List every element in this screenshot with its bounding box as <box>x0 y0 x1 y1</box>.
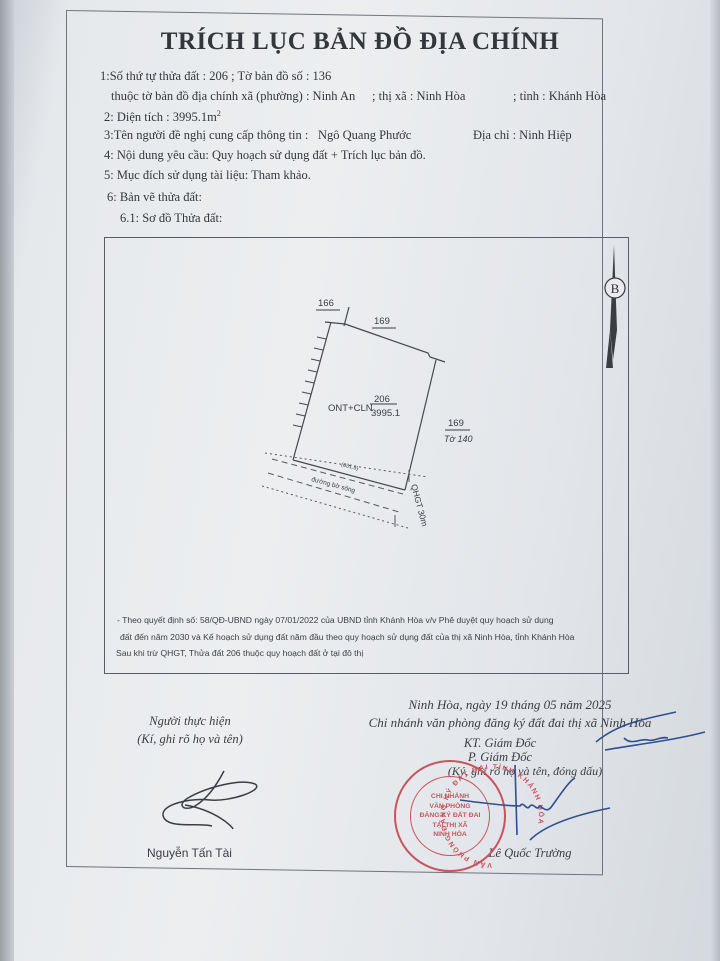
road-name-label: đường bờ sông <box>310 476 356 495</box>
parcel-number-label: 206 <box>374 394 390 405</box>
official-seal: CHI NHÁNH VĂN PHÒNG ĐĂNG KÝ ĐẤT ĐAI TẠI … <box>394 760 506 872</box>
issuing-office: Chi nhánh văn phòng đăng ký đất đai thị … <box>340 715 680 731</box>
north-label: B <box>611 281 620 296</box>
neighbor-169-right-label: 169 <box>448 418 464 429</box>
parcel-left-edge-hatch <box>293 337 326 427</box>
parcel-206-outline <box>293 307 445 490</box>
seal-line-1: CHI NHÁNH <box>431 792 469 802</box>
seal-line-4: TẠI THỊ XÃ <box>432 821 467 831</box>
neighbor-sheet-label: Tờ 140 <box>444 434 472 444</box>
edge-length-label: (631.5) <box>341 462 360 472</box>
seal-center-text: CHI NHÁNH VĂN PHÒNG ĐĂNG KÝ ĐẤT ĐAI TẠI … <box>410 776 490 856</box>
north-arrow-icon: B <box>605 245 625 368</box>
land-use-code: ONT+CLN <box>328 403 373 414</box>
performer-title: Người thực hiện <box>110 714 270 729</box>
seal-line-5: NINH HÒA <box>433 830 467 840</box>
performer-sign-instruction: (Kí, ghi rõ họ và tên) <box>110 732 270 747</box>
parcel-map-drawing: B 166 169 ONT+CLN 206 399 <box>0 0 720 961</box>
planning-note-line2: đất đến năm 2030 và Kế hoạch sử dụng đất… <box>120 632 574 642</box>
performer-name: Nguyễn Tấn Tài <box>147 846 232 860</box>
neighbor-166-label: 166 <box>318 298 334 309</box>
issue-date: Ninh Hòa, ngày 19 tháng 05 năm 2025 <box>360 697 660 713</box>
parcel-area-label: 3995.1 <box>371 408 400 419</box>
kt-director-title: KT. Giám Đốc <box>420 736 580 751</box>
planning-conclusion: Sau khi trừ QHGT, Thửa đất 206 thuộc quy… <box>116 648 363 658</box>
neighbor-169-top-label: 169 <box>374 316 390 327</box>
seal-line-2: VĂN PHÒNG <box>429 802 470 812</box>
road-width-label: QHGT 30m <box>409 483 430 527</box>
planning-note-line1: - Theo quyết định số: 58/QĐ-UBND ngày 07… <box>117 615 554 625</box>
seal-line-3: ĐĂNG KÝ ĐẤT ĐAI <box>420 811 481 821</box>
